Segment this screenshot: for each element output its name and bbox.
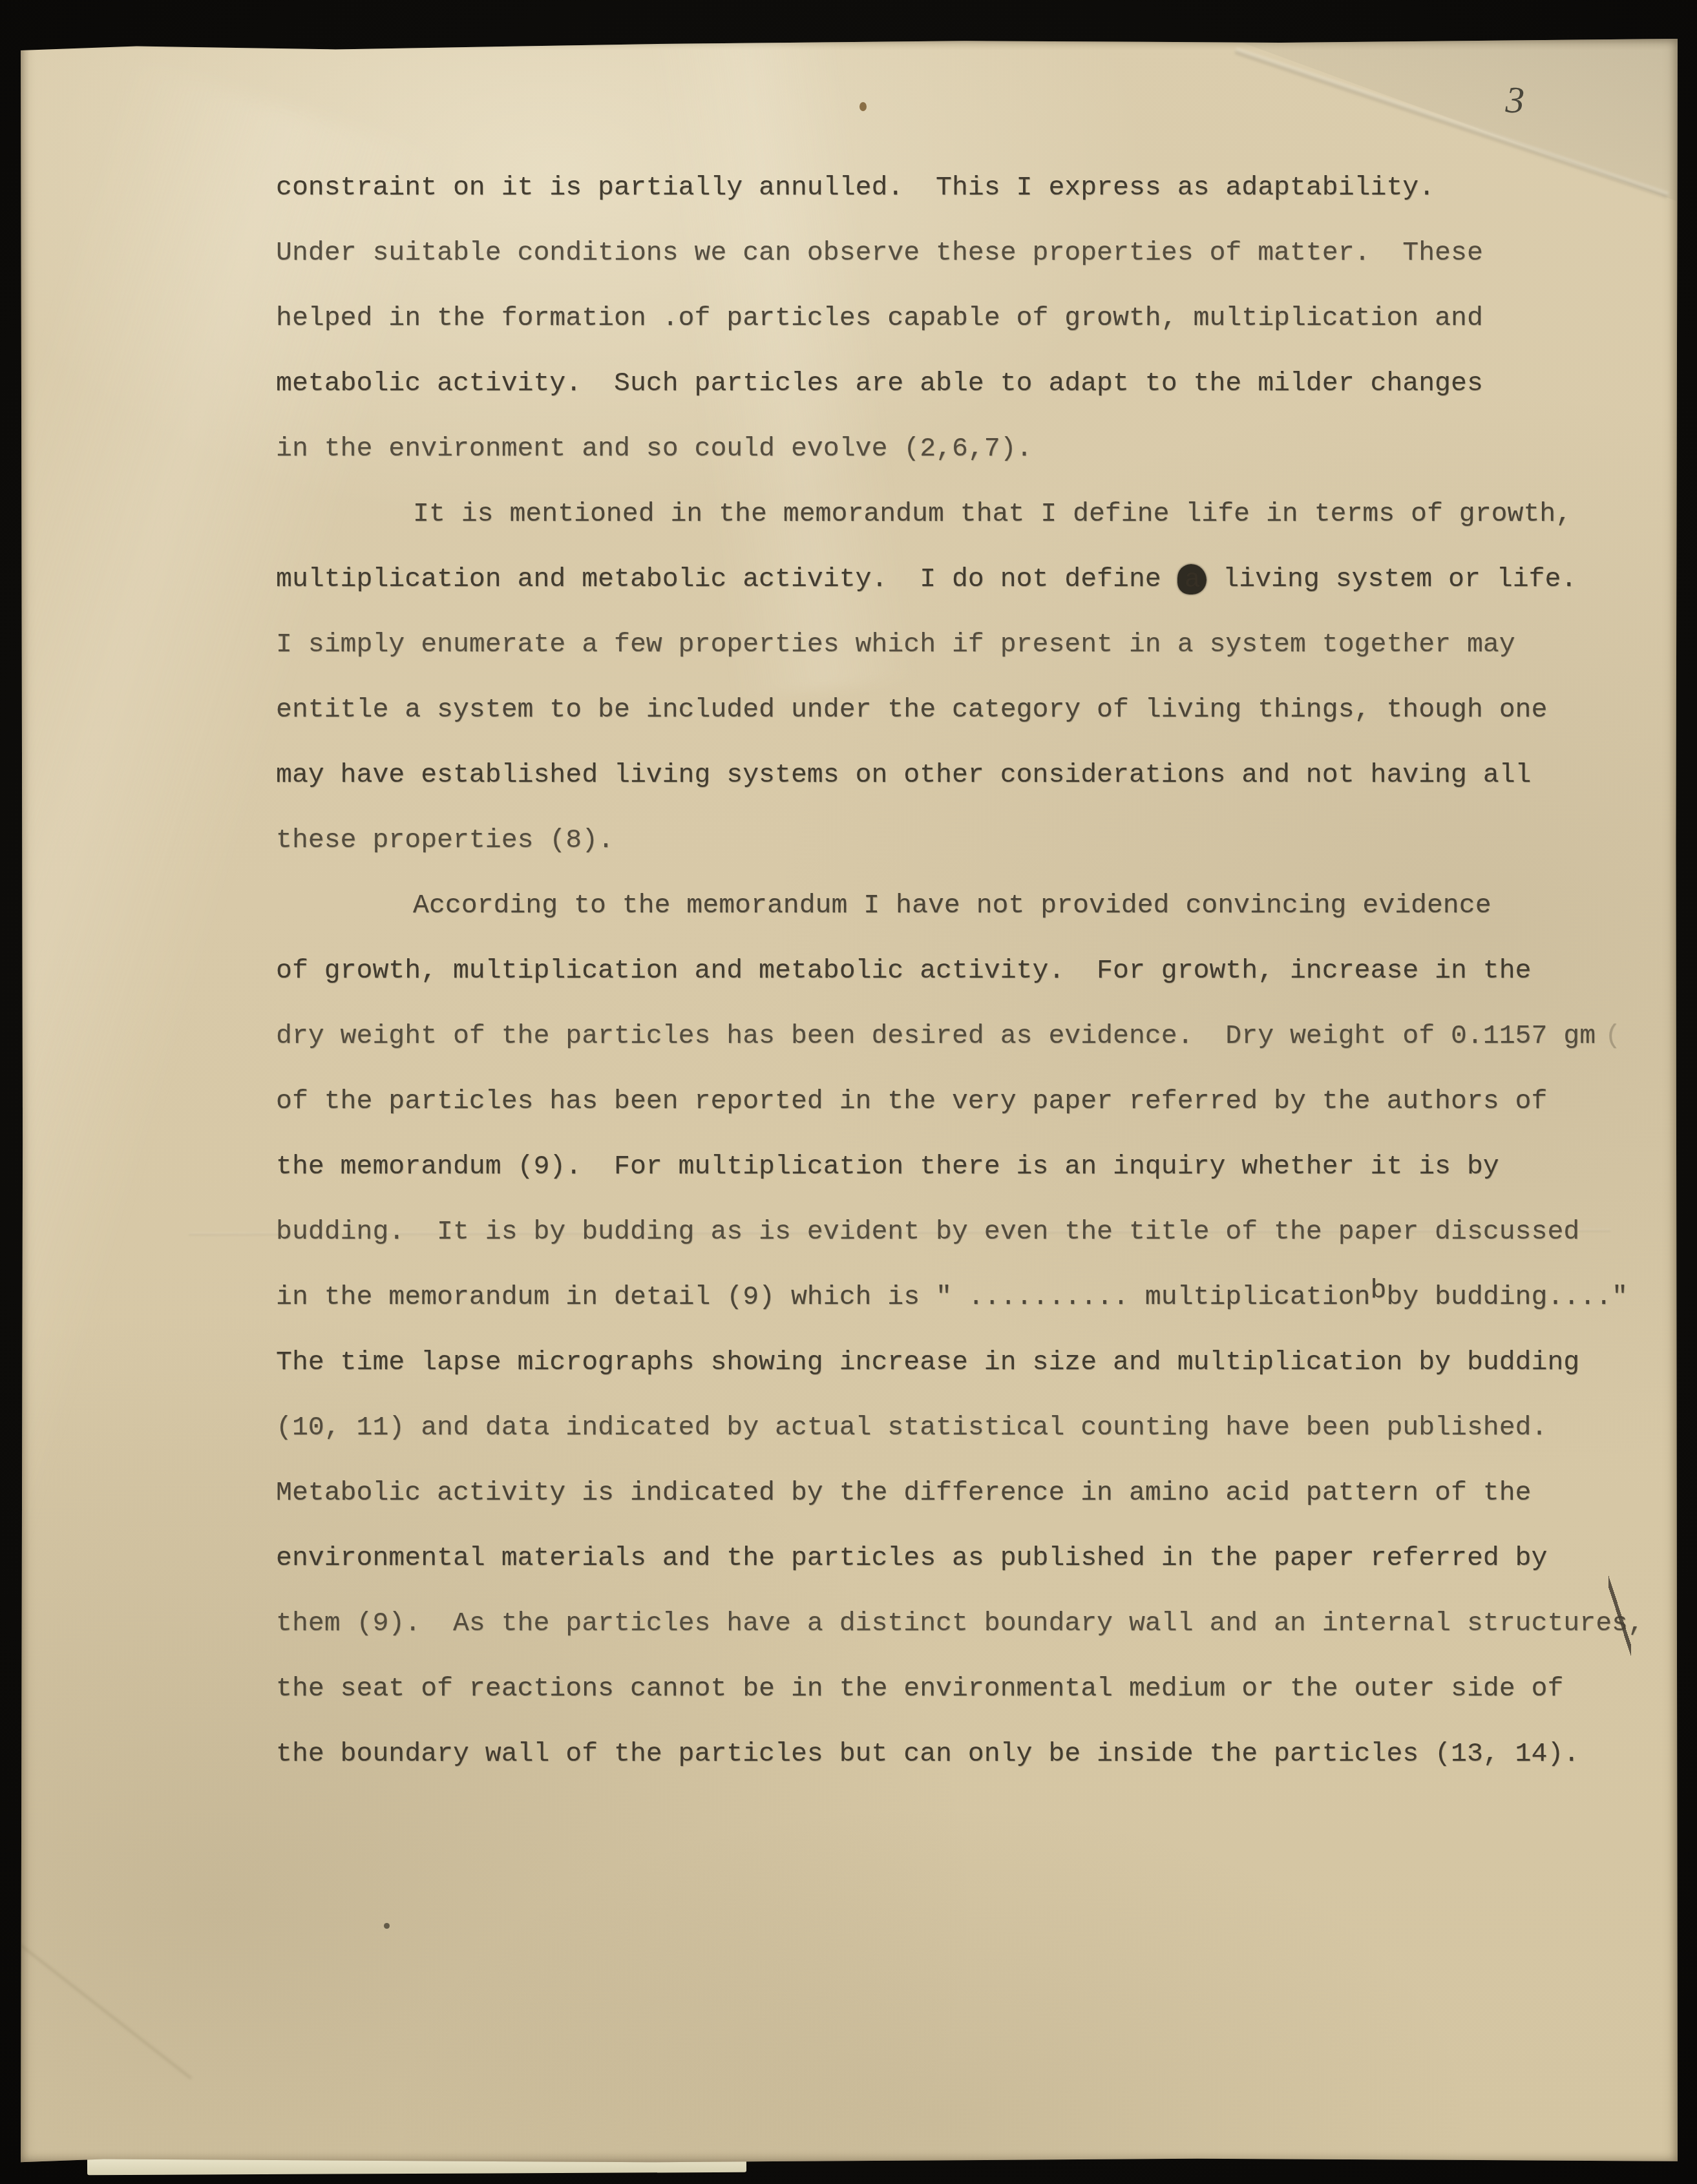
scanned-page: 3 constraint on it is partially annulled…: [21, 39, 1678, 2163]
text-line: them (9). As the particles have a distin…: [276, 1591, 1659, 1656]
text-line: in the environment and so could evolve (…: [276, 416, 1659, 481]
text-line: dry weight of the particles has been des…: [276, 1003, 1659, 1069]
text-line: may have established living systems on o…: [276, 742, 1659, 808]
text-line: budding. It is by budding as is evident …: [276, 1199, 1659, 1265]
margin-mark: (: [1596, 1021, 1621, 1051]
text-line: the seat of reactions cannot be in the e…: [276, 1656, 1659, 1721]
text-line: these properties (8).: [276, 808, 1659, 873]
text-line: of the particles has been reported in th…: [276, 1069, 1659, 1134]
text-line: I simply enumerate a few properties whic…: [276, 612, 1659, 677]
text-segment: in the memorandum in detail (9) which is…: [276, 1282, 1370, 1312]
paper-crease: [17, 1942, 192, 2079]
text-segment: dry weight of the particles has been des…: [276, 1021, 1596, 1051]
text-line: environmental materials and the particle…: [276, 1526, 1659, 1591]
page-number: 3: [1505, 81, 1525, 120]
text-segment: multiplication and metabolic activity. I…: [276, 564, 1177, 594]
paper-speck: [384, 1923, 390, 1929]
scan-background: 3 constraint on it is partially annulled…: [0, 0, 1697, 2184]
text-line: in the memorandum in detail (9) which is…: [276, 1265, 1659, 1330]
text-line: helped in the formation .of particles ca…: [276, 286, 1659, 351]
text-line: of growth, multiplication and metabolic …: [276, 938, 1659, 1003]
overstruck-character: b: [1370, 1258, 1386, 1323]
text-segment: living system or life.: [1207, 564, 1577, 594]
text-line: the boundary wall of the particles but c…: [276, 1721, 1659, 1787]
ink-blot: a: [1177, 564, 1207, 594]
text-line: According to the memorandum I have not p…: [276, 873, 1659, 938]
text-line: metabolic activity. Such particles are a…: [276, 351, 1659, 416]
text-line: Metabolic activity is indicated by the d…: [276, 1460, 1659, 1526]
text-line: constraint on it is partially annulled. …: [276, 155, 1659, 220]
struck-letter: s: [1612, 1591, 1628, 1656]
text-segment: by budding....": [1386, 1282, 1628, 1312]
text-line: multiplication and metabolic activity. I…: [276, 547, 1659, 612]
paper-speck: [859, 102, 867, 111]
text-line: entitle a system to be included under th…: [276, 677, 1659, 742]
text-line: Under suitable conditions we can observe…: [276, 220, 1659, 286]
text-segment: them (9). As the particles have a distin…: [276, 1608, 1612, 1639]
text-line: (10, 11) and data indicated by actual st…: [276, 1395, 1659, 1460]
text-line: The time lapse micrographs showing incre…: [276, 1330, 1659, 1395]
text-line: the memorandum (9). For multiplication t…: [276, 1134, 1659, 1199]
text-line: It is mentioned in the memorandum that I…: [276, 481, 1659, 547]
typewritten-text: constraint on it is partially annulled. …: [276, 155, 1659, 1787]
